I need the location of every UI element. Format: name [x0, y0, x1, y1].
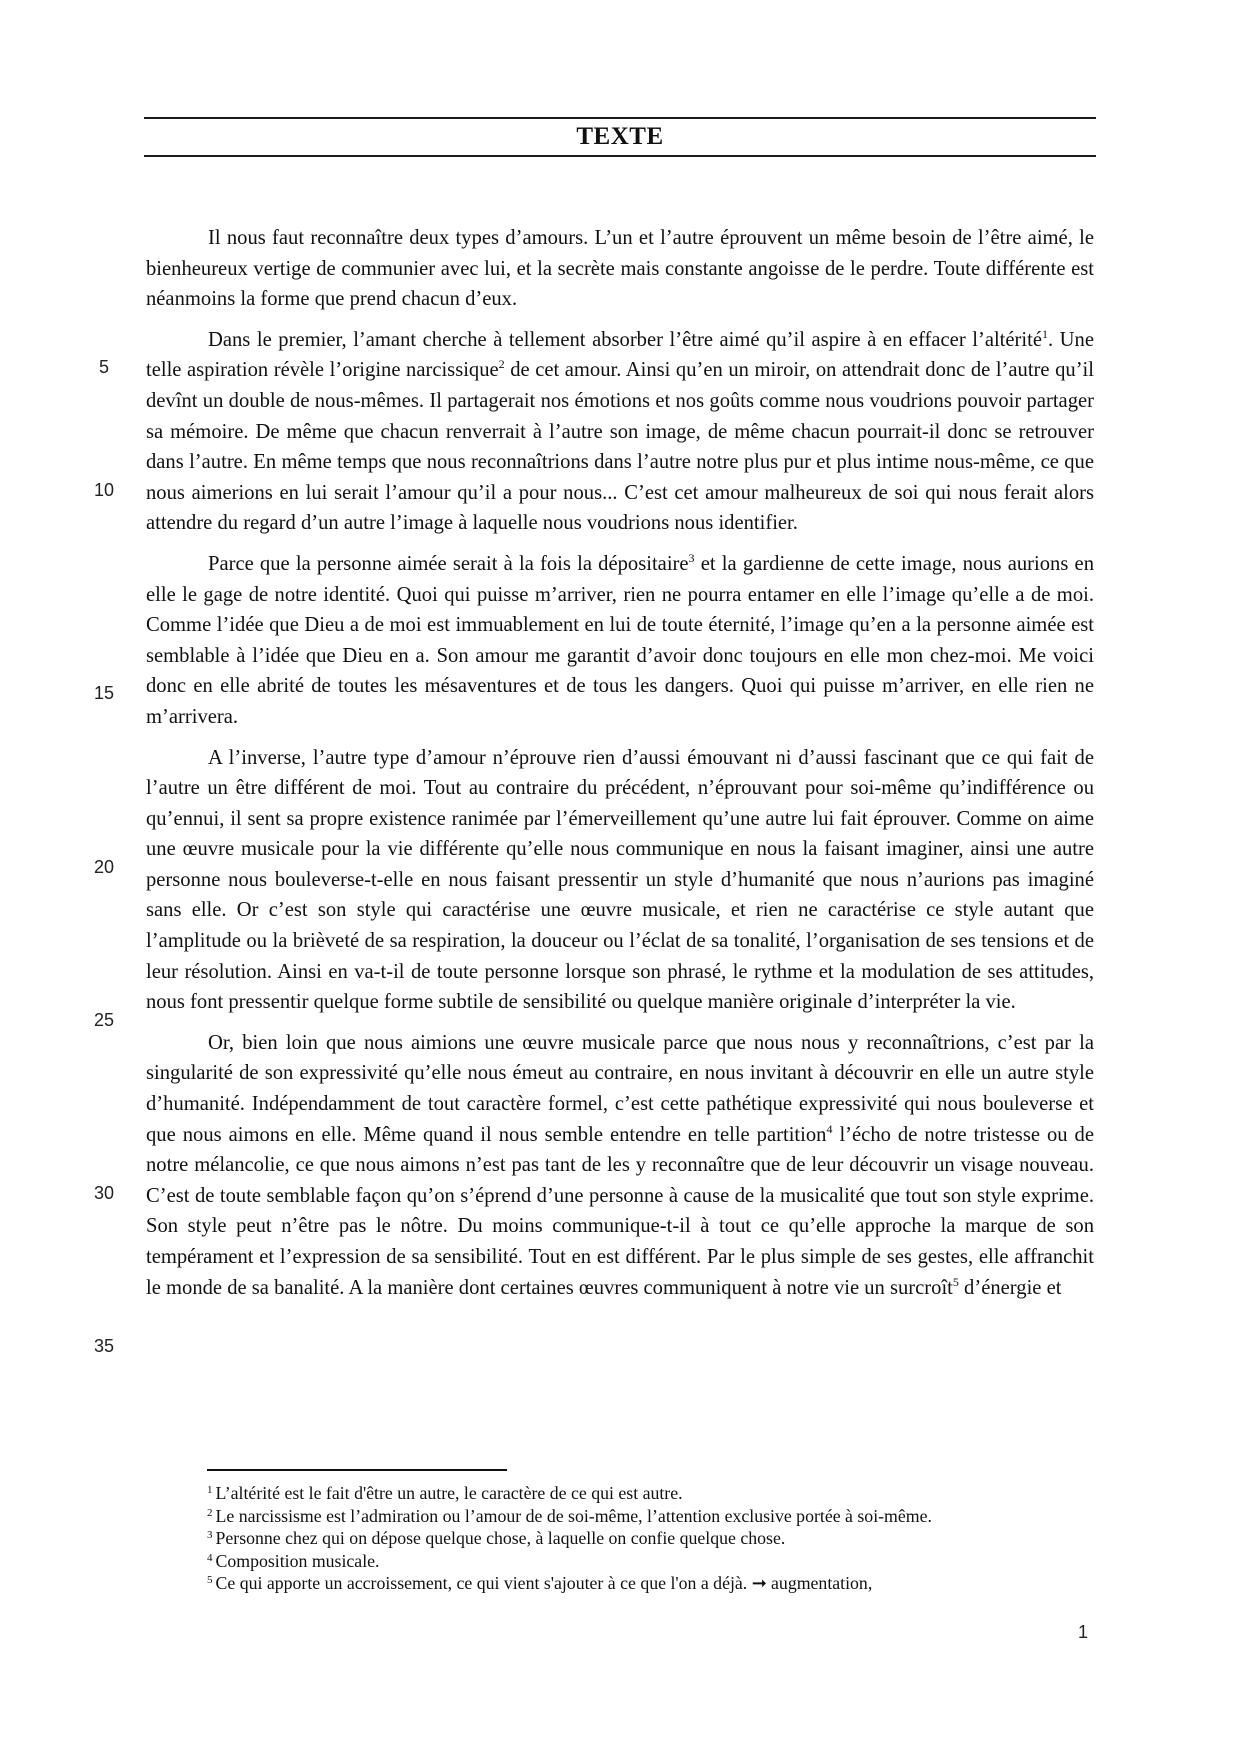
footnote-number: 3 [207, 1529, 213, 1541]
footnote: 3Personne chez qui on dépose quelque cho… [207, 1527, 1087, 1550]
footnote-text: Personne chez qui on dépose quelque chos… [216, 1528, 786, 1548]
paragraph: Il nous faut reconnaître deux types d’am… [146, 223, 1094, 315]
line-number: 20 [84, 857, 124, 878]
paragraph: Parce que la personne aimée serait à la … [146, 549, 1094, 733]
footnote: 4Composition musicale. [207, 1550, 1087, 1573]
footnote-text: Composition musicale. [216, 1551, 380, 1571]
line-number: 25 [84, 1010, 124, 1031]
footnote: 5Ce qui apporte un accroissement, ce qui… [207, 1572, 1087, 1595]
line-number: 15 [84, 683, 124, 704]
footnote-number: 5 [207, 1574, 213, 1586]
footnote-number: 4 [207, 1552, 213, 1564]
line-number: 5 [84, 357, 124, 378]
title-bottom-rule [144, 155, 1096, 157]
paragraph-text: de cet amour. Ainsi qu’en un miroir, on … [146, 359, 1094, 534]
footnotes: 1L’altérité est le fait d'être un autre,… [207, 1482, 1087, 1595]
footnote: 1L’altérité est le fait d'être un autre,… [207, 1482, 1087, 1505]
page-title: TEXTE [144, 122, 1096, 152]
footnote-number: 1 [207, 1484, 213, 1496]
main-text: Il nous faut reconnaître deux types d’am… [146, 223, 1094, 1313]
paragraph-text: d’énergie et [959, 1277, 1062, 1299]
footnote-separator [207, 1469, 507, 1471]
line-number: 10 [84, 480, 124, 501]
line-number: 30 [84, 1183, 124, 1204]
paragraph-text: A l’inverse, l’autre type d’amour n’épro… [146, 747, 1094, 1014]
paragraph: Dans le premier, l’amant cherche à telle… [146, 325, 1094, 539]
footnote-text: Le narcissisme est l’admiration ou l’amo… [216, 1506, 932, 1526]
title-top-rule [144, 117, 1096, 119]
paragraph: A l’inverse, l’autre type d’amour n’épro… [146, 743, 1094, 1018]
footnote-text: Ce qui apporte un accroissement, ce qui … [216, 1573, 873, 1593]
footnote-text: L’altérité est le fait d'être un autre, … [216, 1483, 683, 1503]
footnote: 2Le narcissisme est l’admiration ou l’am… [207, 1505, 1087, 1528]
paragraph-text: Parce que la personne aimée serait à la … [208, 553, 689, 575]
line-number: 35 [84, 1336, 124, 1357]
paragraph-text: Dans le premier, l’amant cherche à telle… [208, 329, 1042, 351]
paragraph-text: Il nous faut reconnaître deux types d’am… [146, 227, 1094, 310]
page-number: 1 [1078, 1622, 1088, 1643]
paragraph-text: et la gardienne de cette image, nous aur… [146, 553, 1094, 728]
paragraph: Or, bien loin que nous aimions une œuvre… [146, 1028, 1094, 1303]
paragraph-text: l’écho de notre tristesse ou de notre mé… [146, 1124, 1094, 1299]
footnote-number: 2 [207, 1507, 213, 1519]
